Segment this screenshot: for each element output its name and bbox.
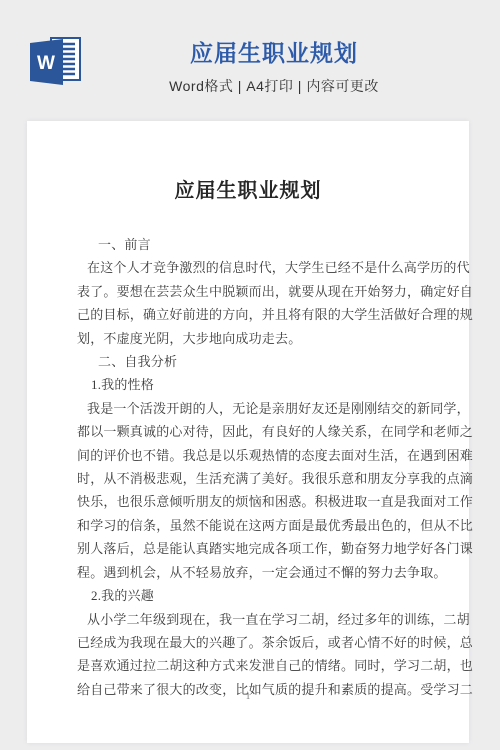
document-line: 2.我的兴趣 xyxy=(77,584,443,607)
document-line: 时，从不消极悲观，生活充满了美好。我很乐意和朋友分享我的点滴 xyxy=(77,467,443,490)
document-line: 别人落后，总是能认真踏实地完成各项工作，勤奋努力地学好各门课 xyxy=(77,537,443,560)
template-subtitle: Word格式 | A4打印 | 内容可更改 xyxy=(48,76,500,96)
document-line: 快乐，也很乐意倾听朋友的烦恼和困惑。积极进取一直是我面对工作 xyxy=(77,490,443,513)
document-line: 一、前言 xyxy=(77,233,443,256)
document-line: 是喜欢通过拉二胡这种方式来发泄自己的情绪。同时，学习二胡，也 xyxy=(77,654,443,677)
document-line: 和学习的信条，虽然不能说在这两方面是最优秀最出色的，但从不比 xyxy=(77,514,443,537)
document-page: 应届生职业规划 一、前言在这个人才竞争激烈的信息时代，大学生已经不是什么高学历的… xyxy=(27,121,469,743)
page-number: 1 xyxy=(27,691,469,701)
document-line: 我是一个活泼开朗的人，无论是亲朋好友还是刚刚结交的新同学， xyxy=(77,397,443,420)
document-line: 都以一颗真诚的心对待，因此，有良好的人缘关系，在同学和老师之 xyxy=(77,420,443,443)
document-line: 在这个人才竞争激烈的信息时代，大学生已经不是什么高学历的代 xyxy=(77,256,443,279)
document-line: 划，不虚度光阴，大步地向成功走去。 xyxy=(77,327,443,350)
document-line: 从小学二年级到现在，我一直在学习二胡，经过多年的训练，二胡 xyxy=(77,608,443,631)
template-title: 应届生职业规划 xyxy=(48,40,500,68)
header-text: 应届生职业规划 Word格式 | A4打印 | 内容可更改 xyxy=(48,40,500,96)
document-line: 己的目标，确立好前进的方向，并且将有限的大学生活做好合理的规 xyxy=(77,303,443,326)
document-title: 应届生职业规划 xyxy=(27,121,469,203)
document-line: 1.我的性格 xyxy=(77,373,443,396)
document-line: 程。遇到机会，从不轻易放弃，一定会通过不懈的努力去争取。 xyxy=(77,561,443,584)
document-body: 一、前言在这个人才竞争激烈的信息时代，大学生已经不是什么高学历的代表了。要想在芸… xyxy=(77,233,443,701)
document-line: 二、自我分析 xyxy=(77,350,443,373)
document-line: 间的评价也不错。我总是以乐观热情的态度去面对生活，在遇到困难 xyxy=(77,444,443,467)
document-line: 已经成为我现在最大的兴趣了。茶余饭后，或者心情不好的时候，总 xyxy=(77,631,443,654)
document-line: 表了。要想在芸芸众生中脱颖而出，就要从现在开始努力，确定好自 xyxy=(77,280,443,303)
preview-header: W 应届生职业规划 Word格式 | A4打印 | 内容可更改 xyxy=(0,0,500,121)
